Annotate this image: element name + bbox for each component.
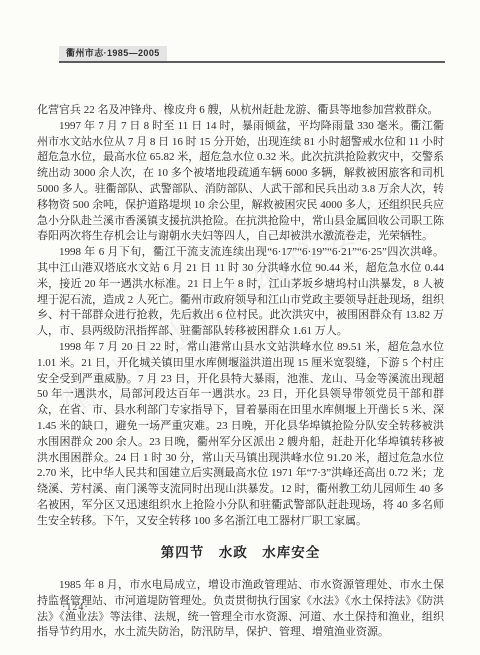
scanned-page: 衢州市志·1985—2005 衢州市地方志编纂委员会 化营官兵 22 名及冲锋舟…: [0, 0, 480, 655]
body-paragraph: 1998 年 6 月下旬，衢江干流支流连续出现“6·17”“6·19”“6·21…: [37, 245, 444, 340]
section-heading: 第四节 水政 水库安全: [37, 546, 444, 560]
body-paragraph: 化营官兵 22 名及冲锋舟、橡皮舟 6 艘，从杭州赶赴龙游、衢县等地参加营救群众…: [37, 103, 444, 119]
body-paragraph: 1985 年 8 月，市水电局成立，增设市渔政管理站、市水资源管理处、市水土保持…: [37, 578, 444, 641]
book-title-tag: 衢州市志·1985—2005: [59, 46, 167, 61]
body-paragraph: 1998 年 7 月 20 日 22 时，常山港常山县水文站洪峰水位 89.51…: [37, 340, 444, 530]
running-header: 衢州市志·1985—2005: [59, 46, 445, 63]
body-paragraph: 1997 年 7 月 7 日 8 时至 11 日 14 时，暴雨倾盆，平均降雨量…: [37, 119, 444, 245]
page-body: 化营官兵 22 名及冲锋舟、橡皮舟 6 艘，从杭州赶赴龙游、衢县等地参加营救群众…: [37, 103, 444, 641]
page-number: ·124·: [62, 602, 89, 613]
